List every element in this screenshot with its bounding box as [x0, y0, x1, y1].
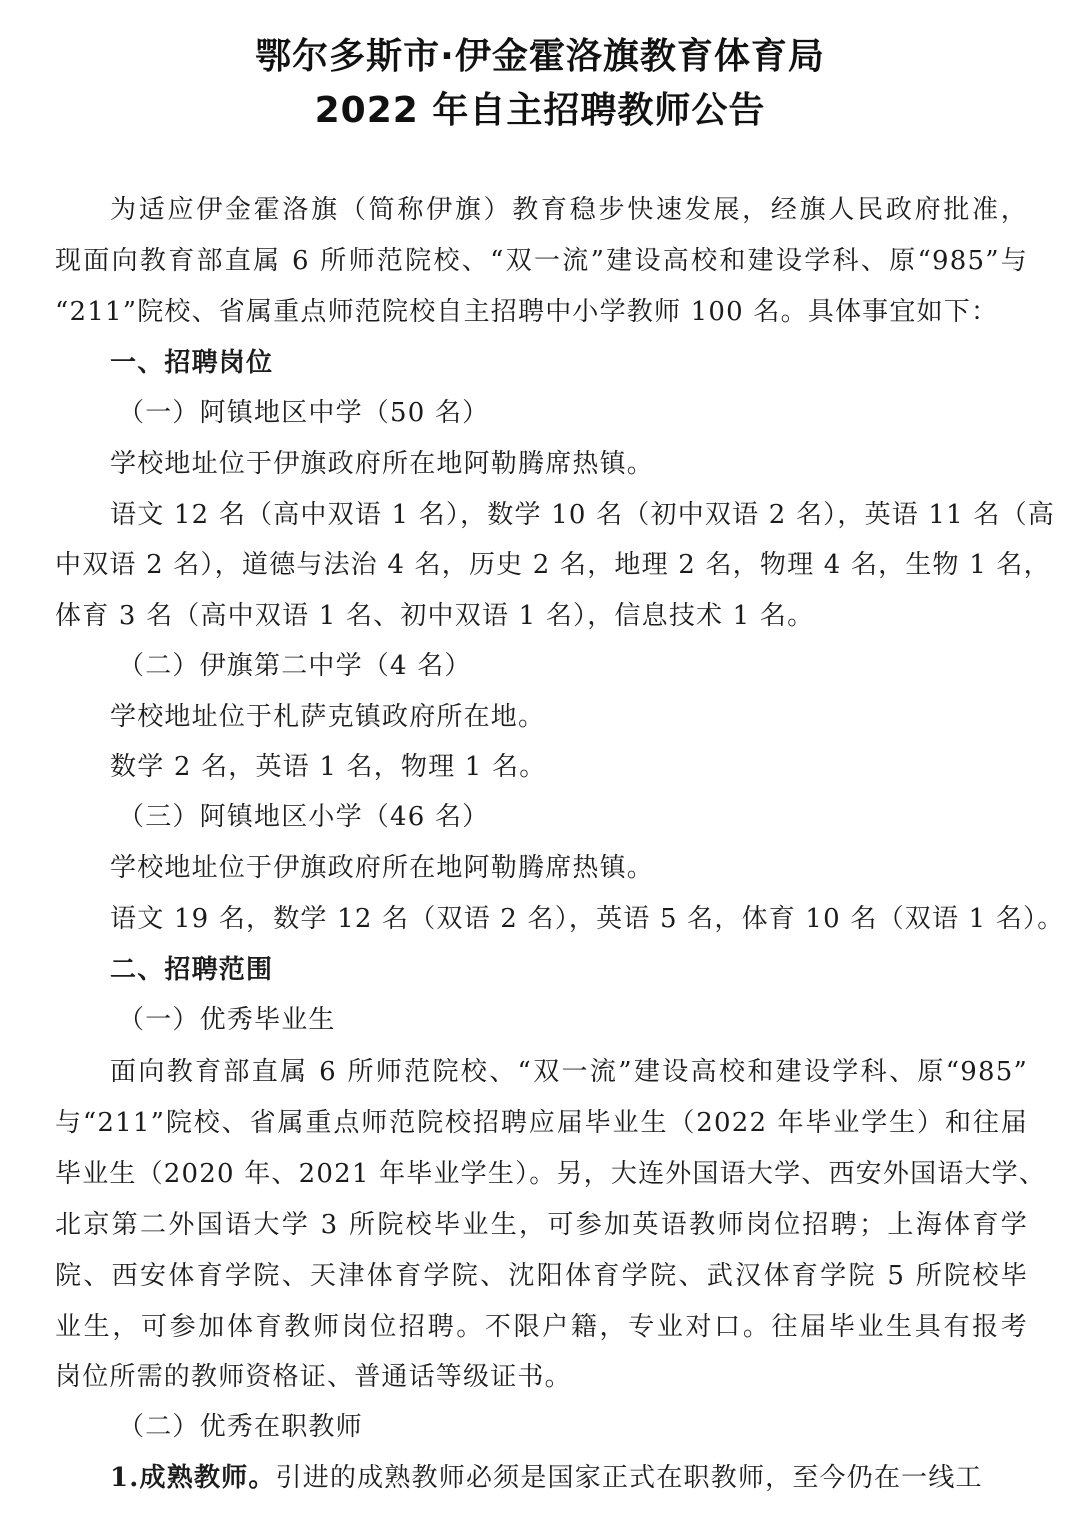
section-1-sub-3-positions: 语文 19 名，数学 12 名（双语 2 名），英语 5 名，体育 10 名（双…	[110, 902, 1028, 936]
announcement-page: 鄂尔多斯市·伊金霍洛旗教育体育局 2022 年自主招聘教师公告 为适应伊金霍洛旗…	[0, 0, 1080, 1527]
section-1-sub-1-positions-1: 语文 12 名（高中双语 1 名），数学 10 名（初中双语 2 名），英语 1…	[110, 498, 1028, 532]
section-1-sub-1-positions-3: 体育 3 名（高中双语 1 名、初中双语 1 名），信息技术 1 名。	[55, 599, 1028, 633]
intro-line-2: 现面向教育部直属 6 所师范院校、“双一流”建设高校和建设学科、原“985”与	[55, 244, 1028, 278]
section-2-sub-2-heading: （二）优秀在职教师	[118, 1410, 1080, 1444]
section-1-sub-3-heading: （三）阿镇地区小学（46 名）	[118, 800, 1080, 834]
section-2-sub-2-item-1: 1.成熟教师。引进的成熟教师必须是国家正式在职教师，至今仍在一线工	[110, 1461, 1028, 1495]
intro-line-1: 为适应伊金霍洛旗（简称伊旗）教育稳步快速发展，经旗人民政府批准，	[110, 193, 1028, 227]
section-2-sub-1-body-1: 面向教育部直属 6 所师范院校、“双一流”建设高校和建设学科、原“985”	[110, 1055, 1028, 1089]
section-2-sub-1-heading: （一）优秀毕业生	[118, 1003, 1080, 1037]
section-1-sub-1-positions-2: 中双语 2 名），道德与法治 4 名，历史 2 名，地理 2 名，物理 4 名，…	[55, 548, 1028, 582]
section-2-sub-1-body-6: 业生，可参加体育教师岗位招聘。不限户籍，专业对口。往届毕业生具有报考	[55, 1310, 1028, 1344]
section-1-sub-2-heading: （二）伊旗第二中学（4 名）	[118, 649, 1080, 683]
section-2-sub-1-body-3: 毕业生（2020 年、2021 年毕业学生）。另，大连外国语大学、西安外国语大学…	[55, 1157, 1028, 1191]
intro-line-3: “211”院校、省属重点师范院校自主招聘中小学教师 100 名。具体事宜如下：	[55, 295, 1028, 329]
section-2-sub-1-body-7: 岗位所需的教师资格证、普通话等级证书。	[55, 1360, 1028, 1394]
section-2-heading: 二、招聘范围	[110, 953, 1080, 987]
item-1-label: 1.成熟教师。	[110, 1463, 276, 1493]
section-2-sub-1-body-4: 北京第二外国语大学 3 所院校毕业生，可参加英语教师岗位招聘；上海体育学	[55, 1208, 1028, 1242]
title-line-2: 2022 年自主招聘教师公告	[0, 82, 1080, 133]
section-1-sub-1-heading: （一）阿镇地区中学（50 名）	[118, 396, 1080, 430]
section-1-sub-3-address: 学校地址位于伊旗政府所在地阿勒腾席热镇。	[110, 851, 1028, 885]
section-1-heading: 一、招聘岗位	[110, 346, 1080, 380]
section-1-sub-2-positions: 数学 2 名，英语 1 名，物理 1 名。	[110, 750, 1028, 784]
section-2-sub-1-body-5: 院、西安体育学院、天津体育学院、沈阳体育学院、武汉体育学院 5 所院校毕	[55, 1259, 1028, 1293]
item-1-text: 引进的成熟教师必须是国家正式在职教师，至今仍在一线工	[276, 1463, 983, 1493]
section-2-sub-1-body-2: 与“211”院校、省属重点师范院校招聘应届毕业生（2022 年毕业学生）和往届	[55, 1106, 1028, 1140]
section-1-sub-1-address: 学校地址位于伊旗政府所在地阿勒腾席热镇。	[110, 447, 1028, 481]
title-line-1: 鄂尔多斯市·伊金霍洛旗教育体育局	[0, 28, 1080, 79]
section-1-sub-2-address: 学校地址位于札萨克镇政府所在地。	[110, 700, 1028, 734]
